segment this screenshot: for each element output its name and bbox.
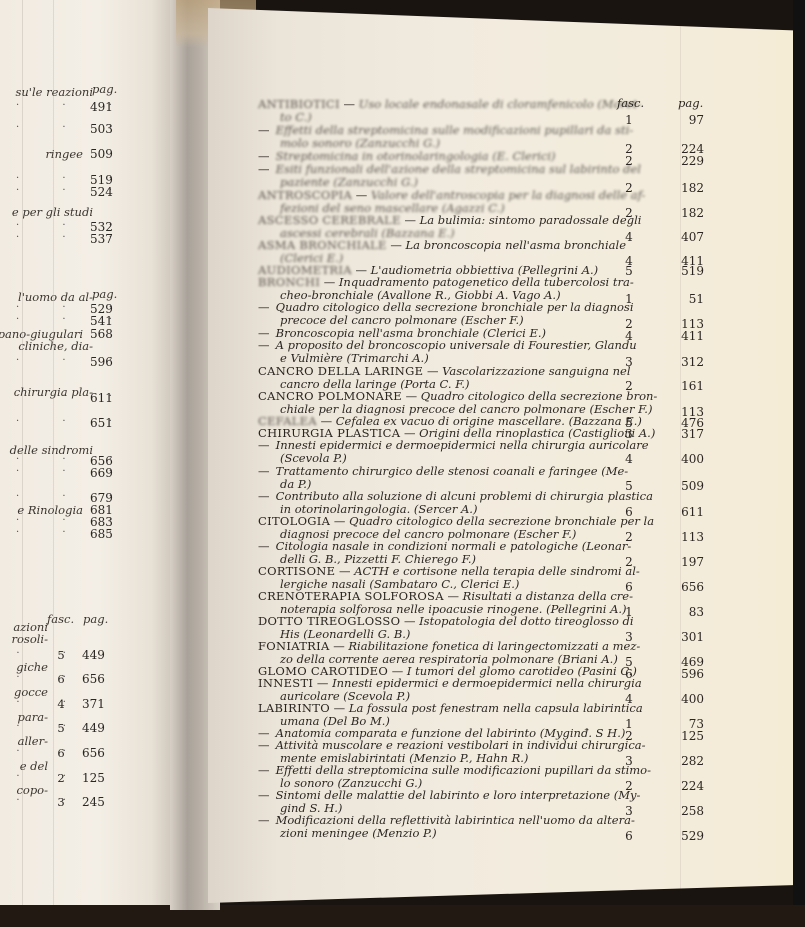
index-entry: — Trattamento chirurgico delle stenosi c… [258,465,788,490]
left-entry-pag: 245 [82,795,105,809]
index-entry: — Effetti della streptomicina sulle modi… [258,764,788,789]
leader-dots: · · · [16,100,132,111]
index-entry: — Citologia nasale in condizioni normali… [258,540,788,565]
leader-dots: · · · [16,173,132,184]
entry-title-line: La broncoscopia nell'asma bronchiale [406,238,626,252]
entry-pag: 529 [670,829,704,843]
entry-keyword: ASCESSO CEREBRALE [258,213,401,227]
left-entry-text: rosoli- [12,632,49,646]
left-entry-pag: 656 [82,672,105,686]
left-entry-text: ringee [45,147,83,161]
index-entry: ASMA BRONCHIALE — La broncoscopia nell'a… [258,239,788,264]
index-entry: CANCRO POLMONARE — Quadro citologico del… [258,390,788,415]
left-entry-pag: 449 [82,721,105,735]
left-entry-pag: 611 [90,391,113,405]
entry-title-line: (Scevola P.) [280,451,347,465]
ditto-dash: — [258,163,272,176]
leader-dots: · · · [16,355,132,366]
entry-fasc: 6 [622,829,636,843]
left-index-row: · · ·669 [0,466,178,482]
left-entry-text: cliniche, dia- [18,339,93,353]
left-entry-pag: 541 [90,314,113,328]
leader-dots: · · · [16,185,132,196]
entry-title-line: Trattamento chirurgico delle stenosi coa… [276,464,629,478]
ditto-dash: — [258,739,272,752]
index-entry: ASCESSO CEREBRALE — La bulimia: sintomo … [258,214,788,239]
index-entry: ANTROSCOPIA — Valore dell'antroscopia pe… [258,189,788,214]
leader-dots: · · · [16,220,132,231]
leader-dots: · · · [16,232,132,243]
left-index-row: · · ·651 [0,416,178,432]
ditto-dash: — [258,465,272,478]
left-index-row: ringee509 [0,147,178,163]
left-entry-pag: 669 [90,466,113,480]
ditto-dash: — [258,789,272,802]
left-index-row: · · ·3245 [0,795,178,811]
index-entry: — Esiti funzionali dell'azione della str… [258,163,788,188]
left-entry-pag: 656 [82,746,105,760]
left-entry-pag: 596 [90,355,113,369]
left-index-row: · · ·685 [0,527,178,543]
index-entry: DOTTO TIREOGLOSSO — Istopatologia del do… [258,615,788,640]
leader-dots: · · · [16,302,132,313]
entry-pag: 400 [670,452,704,466]
index-entry: CORTISONE — ACTH e cortisone nella terap… [258,565,788,590]
left-entry-fasc: 6 [54,672,68,686]
entry-title-line: paziente (Zanzucchi G.) [280,175,418,189]
left-entry-fasc: 3 [54,795,68,809]
leader-dots: · · · [16,454,132,465]
index-entry: INNESTI — Innesti epidermici e dermoepid… [258,677,788,702]
ditto-dash: — [258,150,272,163]
index-entry: LABIRINTO — La fossula post fenestram ne… [258,702,788,727]
entry-title-line: Esiti funzionali dell'azione della strep… [276,162,641,176]
left-index-row: su'le reazioni [0,85,178,101]
left-entry-fasc: 4 [54,697,68,711]
entry-title-line: molo sonoro (Zanzucchi G.) [280,136,440,150]
leader-dots: · · · [0,771,86,782]
ditto-dash: — [258,814,272,827]
leader-dots: · · · [0,648,86,659]
index-entry: CRENOTERAPIA SOLFOROSA — Risultati a dis… [258,590,788,615]
leader-dots: · · · [16,314,132,325]
entry-keyword: ANTROSCOPIA [258,188,352,202]
ditto-dash: — [258,540,272,553]
entry-title-line: Effetti della streptomicina sulle modifi… [276,123,633,137]
index-entry: CITOLOGIA — Quadro citologico della secr… [258,515,788,540]
background-dark-bottom [0,905,805,927]
leader-dots: · · · [16,391,132,402]
entry-title-line: precoce del cancro polmonare (Escher F.) [280,313,524,327]
ditto-dash: — [258,439,272,452]
leader-dots: · · · [16,515,132,526]
left-entry-pag: 524 [90,185,113,199]
left-entry-text: e per gli studi [12,205,93,219]
ditto-dash: — [258,301,272,314]
entry-title-line: La bulimia: sintomo paradossale degli [420,213,642,227]
left-entry-fasc: 5 [54,721,68,735]
entry-title-line: Uso locale endonasale di cloramfenicolo … [359,97,642,111]
leader-dots: · · · [0,672,86,683]
left-entry-pag: 685 [90,527,113,541]
left-entry-pag: 503 [90,122,113,136]
index-entry: — A proposito del broncoscopio universal… [258,339,788,364]
ditto-dash: — [258,339,272,352]
left-entry-text: su'le reazioni [15,85,93,99]
left-index-row: · · ·611 [0,391,178,407]
left-entry-pag: 537 [90,232,113,246]
entry-keyword: ASMA BRONCHIALE [258,238,387,252]
leader-dots: · · · [16,527,132,538]
leader-dots: · · · [0,697,86,708]
ditto-dash: — [258,764,272,777]
leader-dots: · · · [16,491,132,502]
entry-title-line: Streptomicina in otorinolaringologia (E.… [276,149,556,163]
leader-dots: · · · [16,416,132,427]
left-index-row: · · ·491 [0,100,178,116]
entry-title-line: Istopatologia del dotto tireoglosso di [419,614,633,628]
leader-dots: · · · [16,122,132,133]
index-entry: BRONCHI — Inquadramento patogenetico del… [258,276,788,301]
left-index-row: · · ·524 [0,185,178,201]
index-entry: — Sintomi delle malattie del labirinto e… [258,789,788,814]
left-entry-pag: 509 [90,147,113,161]
left-entry-pag: 651 [90,416,113,430]
entry-title-line: La fossula post fenestram nella capsula … [349,701,643,715]
ditto-dash: — [258,124,272,137]
index-entry: — Quadro citologico della secrezione bro… [258,301,788,326]
index-entry: — Attività muscolare e reazioni vestibol… [258,739,788,764]
entry-title-line: zioni meningee (Menzio P.) [280,826,437,840]
left-entry-fasc: 6 [54,746,68,760]
left-index-row: rosoli- [0,632,178,648]
leader-dots: · · · [16,466,132,477]
left-entry-pag: 371 [82,697,105,711]
left-index-row: cliniche, dia- [0,339,178,355]
left-index-row: · · ·537 [0,232,178,248]
entry-title-line: Vascolarizzazione sanguigna nel [442,364,630,378]
ditto-dash: — [258,490,272,503]
index-entry: — Modificazioni della reflettività labir… [258,814,788,839]
index-entry: — Contributo alla soluzione di alcuni pr… [258,490,788,515]
entry-title-line: Valore dell'antroscopia per la diagnosi … [371,188,645,202]
left-index-row: e per gli studi [0,205,178,221]
leader-dots: · · · [0,721,86,732]
index-entry: — Innesti epidermici e dermoepidermici n… [258,439,788,464]
index-entry: — Effetti della streptomicina sulle modi… [258,124,788,149]
background-dark-edge [793,0,805,927]
leader-dots: · · · [0,795,86,806]
index-entry: — Streptomicina in otorinolaringologia (… [258,150,788,163]
entry-keyword: BRONCHI [258,275,320,289]
index-entry: CANCRO DELLA LARINGE — Vascolarizzazione… [258,365,788,390]
index-entry: FONIATRIA — Riabilitazione fonetica di l… [258,640,788,665]
index-entry: ANTIBIOTICI — Uso locale endonasale di c… [258,98,788,123]
left-entry-pag: 491 [90,100,113,114]
left-page: pag. pag. fasc. pag. su'le reazioni· · ·… [0,0,178,905]
left-index-row: · · ·503 [0,122,178,138]
left-index-row: · · ·596 [0,355,178,371]
entry-title-line: e Vulmière (Trimarchi A.) [280,351,429,365]
entry-keyword: ANTIBIOTICI [258,97,340,111]
entry-title-line: to C.) [280,110,312,124]
leader-dots: · · · [0,746,86,757]
